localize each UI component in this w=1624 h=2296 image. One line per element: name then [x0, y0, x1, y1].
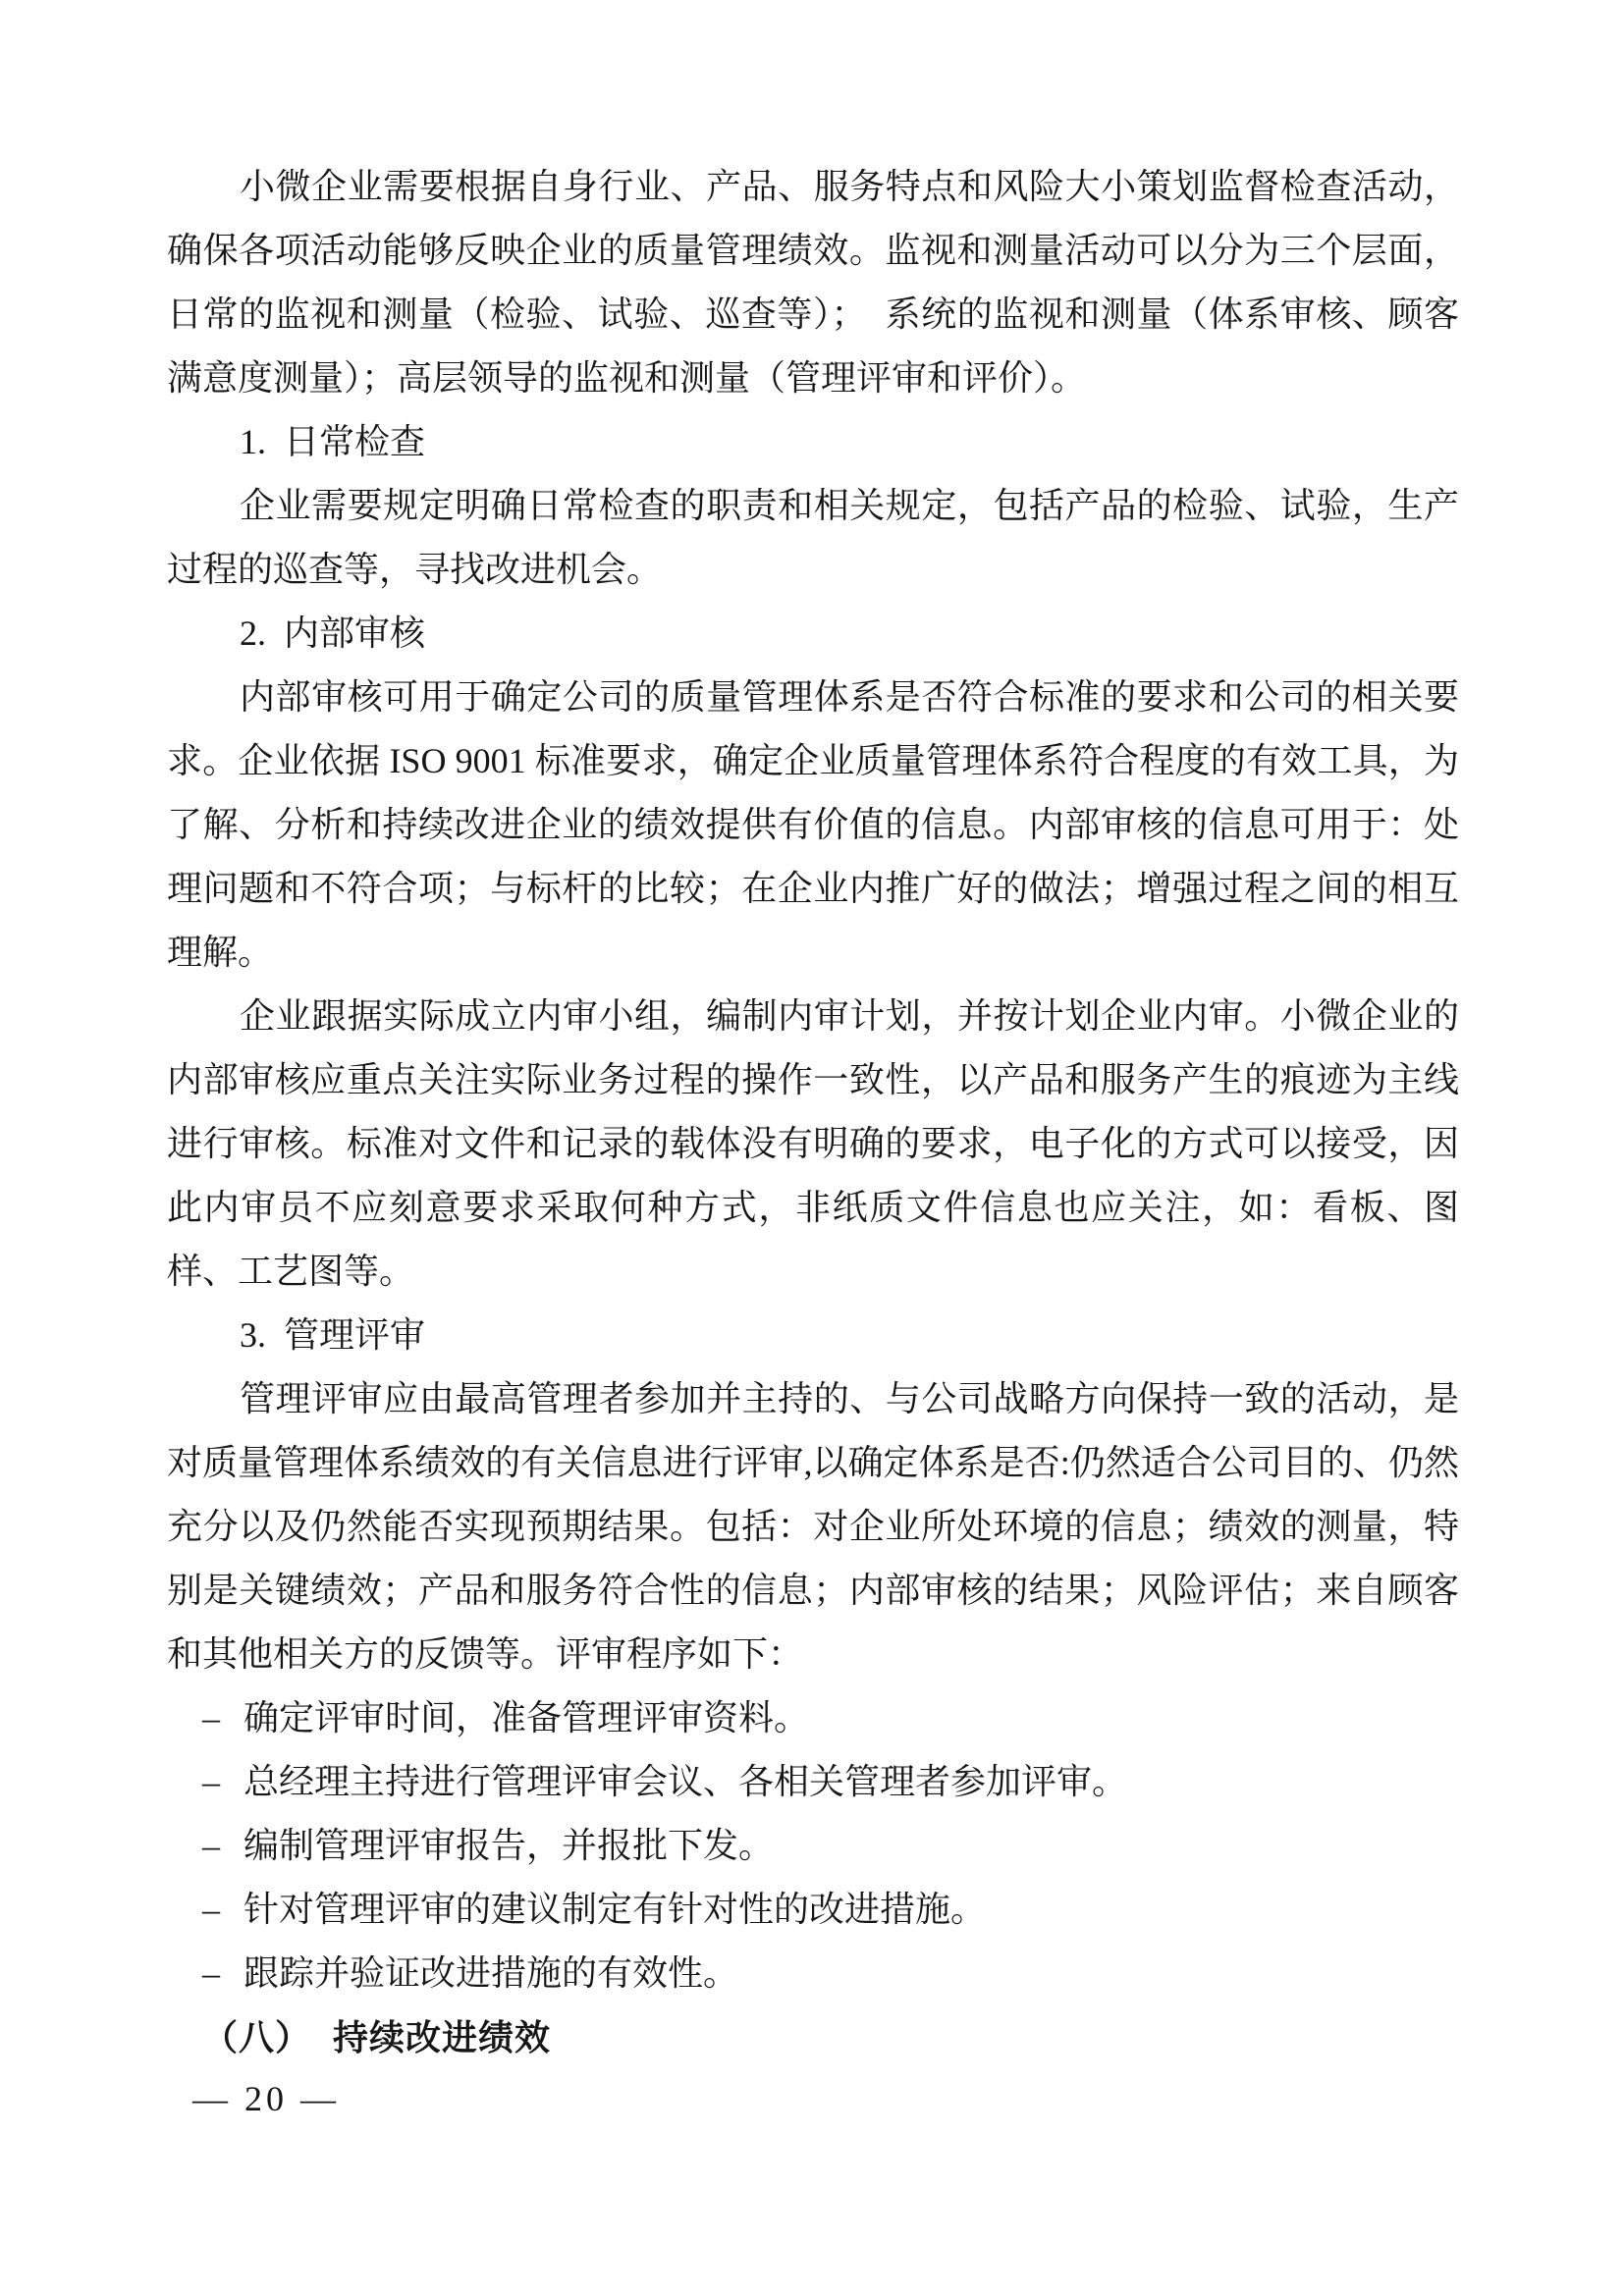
paragraph-monitoring-overview: 小微企业需要根据自身行业、产品、服务特点和风险大小策划监督检查活动，确保各项活动…: [167, 155, 1459, 410]
paragraph-management-review: 管理评审应由最高管理者参加并主持的、与公司战略方向保持一致的活动，是对质量管理体…: [167, 1367, 1459, 1686]
list-item-review-step-3: –编制管理评审报告，并报批下发。: [167, 1814, 1459, 1878]
dash-bullet-icon: –: [202, 1814, 244, 1878]
list-item-text: 针对管理评审的建议制定有针对性的改进措施。: [244, 1890, 986, 1929]
list-item-text: 编制管理评审报告，并报批下发。: [244, 1826, 774, 1865]
list-item-text: 跟踪并验证改进措施的有效性。: [244, 1953, 738, 1993]
item-heading-management-review: 3. 管理评审: [167, 1304, 1459, 1367]
list-item-review-step-4: –针对管理评审的建议制定有针对性的改进措施。: [167, 1878, 1459, 1942]
list-item-review-step-5: –跟踪并验证改进措施的有效性。: [167, 1942, 1459, 2005]
item-heading-daily-check: 1. 日常检查: [167, 410, 1459, 474]
list-item-review-step-2: –总经理主持进行管理评审会议、各相关管理者参加评审。: [167, 1750, 1459, 1814]
list-item-text: 总经理主持进行管理评审会议、各相关管理者参加评审。: [244, 1762, 1127, 1801]
paragraph-internal-audit-2: 企业跟据实际成立内审小组，编制内审计划，并按计划企业内审。小微企业的内部审核应重…: [167, 985, 1459, 1304]
page-number: — 20 —: [192, 2079, 340, 2118]
item-heading-internal-audit: 2. 内部审核: [167, 602, 1459, 666]
paragraph-daily-check: 企业需要规定明确日常检查的职责和相关规定，包括产品的检验、试验，生产过程的巡查等…: [167, 474, 1459, 602]
dash-bullet-icon: –: [202, 1750, 244, 1814]
dash-bullet-icon: –: [202, 1878, 244, 1942]
page-footer: — 20 —: [192, 2069, 340, 2128]
list-item-text: 确定评审时间，准备管理评审资料。: [244, 1698, 809, 1737]
dash-bullet-icon: –: [202, 1686, 244, 1750]
paragraph-internal-audit-1: 内部审核可用于确定公司的质量管理体系是否符合标准的要求和公司的相关要求。企业依据…: [167, 666, 1459, 985]
document-content: 小微企业需要根据自身行业、产品、服务特点和风险大小策划监督检查活动，确保各项活动…: [167, 155, 1459, 2069]
section-heading-continuous-improvement: （八） 持续改进绩效: [167, 2005, 1459, 2069]
dash-bullet-icon: –: [202, 1942, 244, 2005]
list-item-review-step-1: –确定评审时间，准备管理评审资料。: [167, 1686, 1459, 1750]
document-page: 小微企业需要根据自身行业、产品、服务特点和风险大小策划监督检查活动，确保各项活动…: [0, 0, 1624, 2296]
